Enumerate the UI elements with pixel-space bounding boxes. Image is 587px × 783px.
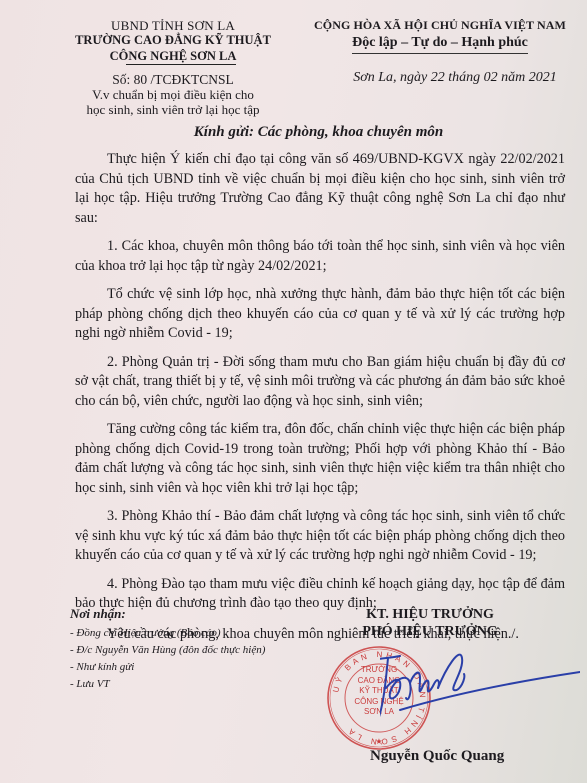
handwritten-signature-icon bbox=[380, 648, 580, 738]
paragraph: 1. Các khoa, chuyên môn thông báo tới to… bbox=[75, 237, 565, 276]
national-motto: Độc lập – Tự do – Hạnh phúc bbox=[352, 35, 528, 51]
subject-line2: học sinh, sinh viên trở lại học tập bbox=[50, 102, 296, 117]
recipients-title: Nơi nhận: bbox=[70, 606, 310, 622]
document-number: Số: 80 /TCĐKTCNSL bbox=[50, 72, 296, 87]
recipient-item: - Lưu VT bbox=[70, 676, 310, 693]
issuer-header: UBND TỈNH SƠN LA TRƯỜNG CAO ĐẲNG KỸ THUẬ… bbox=[50, 18, 296, 117]
school-name-line2: CÔNG NGHỆ SƠN LA bbox=[110, 49, 237, 64]
paragraph: Thực hiện Ý kiến chỉ đạo tại công văn số… bbox=[75, 150, 565, 228]
national-header: CỘNG HÒA XÃ HỘI CHỦ NGHĨA VIỆT NAM Độc l… bbox=[300, 18, 580, 86]
recipients-block: Nơi nhận: - Đồng chí Hiệu trưởng (Báo cá… bbox=[70, 606, 310, 693]
issuer-organization: UBND TỈNH SƠN LA bbox=[50, 18, 296, 33]
recipient-item: - Như kính gửi bbox=[70, 659, 310, 676]
svg-text:★: ★ bbox=[375, 737, 382, 746]
letter-body: Thực hiện Ý kiến chỉ đạo tại công văn số… bbox=[75, 150, 565, 653]
signer-authority: KT. HIỆU TRƯỞNG bbox=[330, 606, 530, 623]
official-letter: UBND TỈNH SƠN LA TRƯỜNG CAO ĐẲNG KỸ THUẬ… bbox=[0, 0, 587, 783]
signer-title: PHÓ HIỆU TRƯỞNG bbox=[330, 623, 530, 640]
subject-line1: V.v chuẩn bị mọi điều kiện cho bbox=[50, 87, 296, 102]
place-date: Sơn La, ngày 22 tháng 02 năm 2021 bbox=[300, 70, 580, 86]
recipient-item: - Đồng chí Hiệu trưởng (Báo cáo) bbox=[70, 625, 310, 642]
paragraph: Tổ chức vệ sinh lớp học, nhà xưởng thực … bbox=[75, 285, 565, 344]
paragraph: 3. Phòng Khảo thí - Bảo đảm chất lượng v… bbox=[75, 507, 565, 566]
signature-block: KT. HIỆU TRƯỞNG PHÓ HIỆU TRƯỞNG Nguyễn Q… bbox=[330, 606, 530, 640]
recipient-item: - Đ/c Nguyễn Văn Hùng (đôn đốc thực hiện… bbox=[70, 642, 310, 659]
school-name-line1: TRƯỜNG CAO ĐẲNG KỸ THUẬT bbox=[50, 33, 296, 48]
salutation: Kính gửi: Các phòng, khoa chuyên môn bbox=[0, 124, 587, 141]
paragraph: 2. Phòng Quản trị - Đời sống tham mưu ch… bbox=[75, 353, 565, 412]
paragraph: Tăng cường công tác kiểm tra, đôn đốc, c… bbox=[75, 420, 565, 498]
signer-name: Nguyễn Quốc Quang bbox=[370, 748, 504, 765]
nation-title: CỘNG HÒA XÃ HỘI CHỦ NGHĨA VIỆT NAM bbox=[300, 18, 580, 33]
